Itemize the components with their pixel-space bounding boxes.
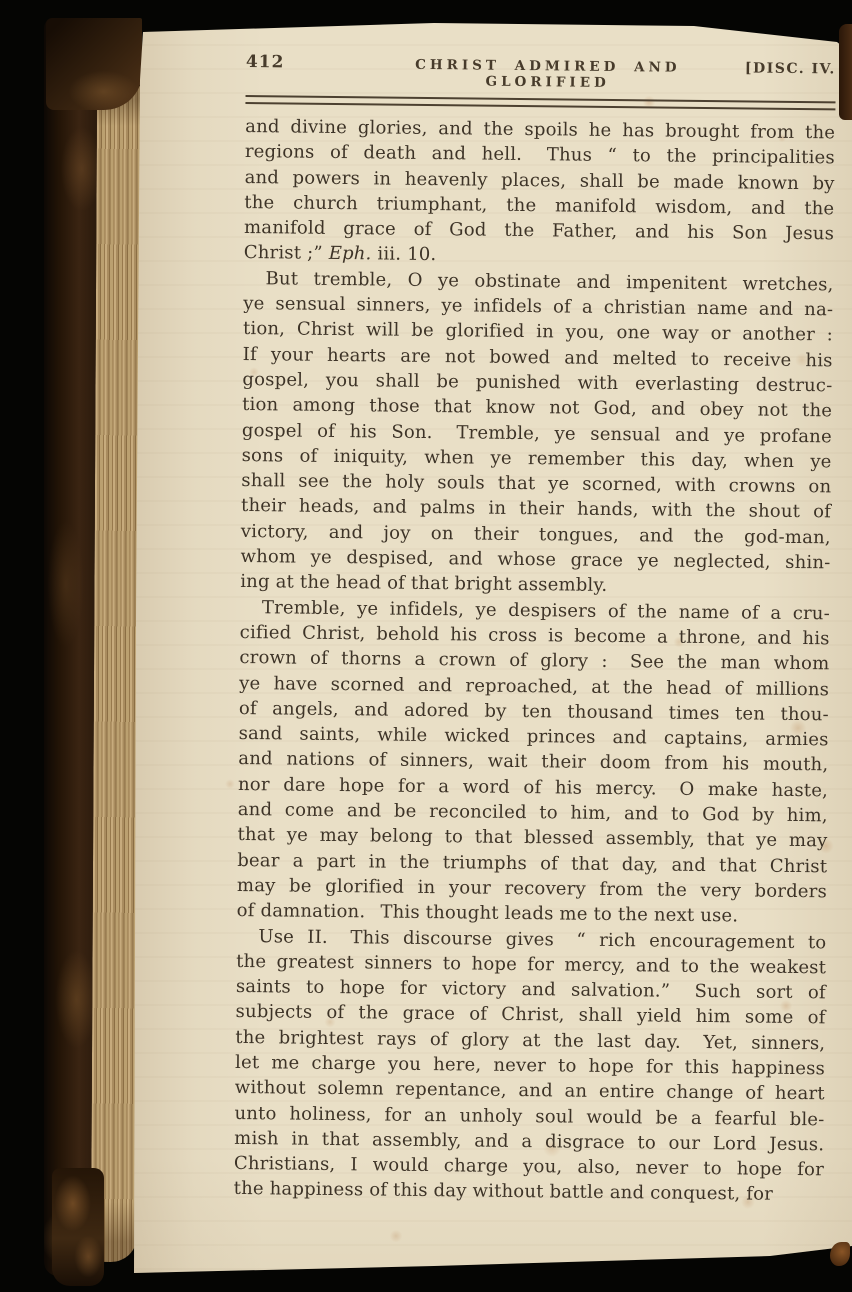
torn-leather-corner [830,1242,850,1266]
page-number: 412 [246,52,356,73]
section-label: [DISC. IV. [740,60,836,77]
book-scan-photo: { "colors": { "background": "#050503", "… [0,0,852,1292]
page-header: 412 CHRIST ADMIRED AND GLORIFIED [DISC. … [246,52,836,93]
paragraph: Tremble, ye infidels, ye despisers of th… [237,595,831,930]
opposite-cover-edge [839,24,852,120]
page-body: and divine glories, and the spoils he ha… [234,114,836,1208]
text-line: the happiness of this day without battle… [234,1176,824,1208]
paragraph: and divine glories, and the spoils he ha… [244,114,836,272]
book-spine [44,18,98,1276]
book-page: 412 CHRIST ADMIRED AND GLORIFIED [DISC. … [134,20,852,1278]
header-double-rule [245,95,835,110]
paragraph: Use II. This discourse gives “ rich enco… [234,923,827,1208]
running-title: CHRIST ADMIRED AND GLORIFIED [356,56,740,92]
cover-top-corner [46,18,142,110]
spine-foot-leather [52,1168,104,1286]
printed-content: 412 CHRIST ADMIRED AND GLORIFIED [DISC. … [234,52,836,1208]
paragraph: But tremble, O ye obstinate and impenite… [240,266,834,601]
